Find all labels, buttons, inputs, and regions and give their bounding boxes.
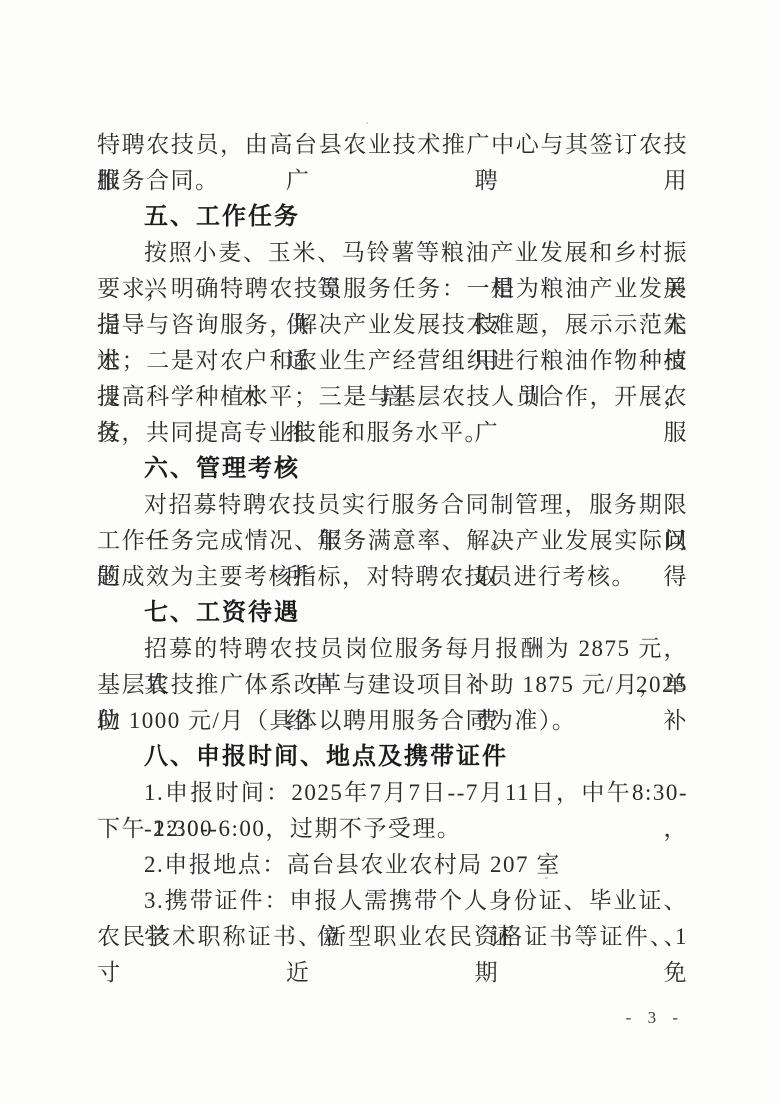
doc-line: 对招募特聘农技员实行服务合同制管理，服务期限一年。以 — [97, 487, 688, 523]
doc-line: 要求，明确特聘农技员服务任务：一是为粮油产业发展提供技术 — [97, 271, 688, 307]
doc-line: 基层农技推广体系改革与建设项目补助 1875 元/月，单位经费补 — [97, 667, 688, 703]
doc-line: 招募的特聘农技员岗位服务每月报酬为 2875 元，其中：2025 — [97, 631, 688, 667]
section-heading-6: 六、管理考核 — [97, 451, 688, 487]
doc-line: 的成效为主要考核指标，对特聘农技员进行考核。 — [97, 559, 688, 595]
doc-line: 按照小麦、玉米、马铃薯等粮油产业发展和乡村振兴等相关 — [97, 235, 688, 271]
doc-line: 1.申报时间：2025年7月7日--7月11日，中午8:30--12:00， — [97, 775, 688, 811]
section-heading-7: 七、工资待遇 — [97, 595, 688, 631]
doc-line: 2.申报地点：高台县农业农村局 207 室 — [97, 847, 688, 883]
doc-line: 工作任务完成情况、服务满意率、解决产业发展实际问题所取得 — [97, 523, 688, 559]
doc-line: 术；二是对农户和农业生产经营组织进行粮油作物种植技术培训， — [97, 343, 688, 379]
doc-line: 指导与咨询服务，解决产业发展技术难题，展示示范先进适用技 — [97, 307, 688, 343]
page-number: - 3 - — [626, 1008, 684, 1028]
document-body: 特聘农技员，由高台县农业技术推广中心与其签订农技推广聘用 服务合同。 五、工作任… — [97, 127, 688, 955]
document-page: 特聘农技员，由高台县农业技术推广中心与其签订农技推广聘用 服务合同。 五、工作任… — [0, 0, 780, 1103]
doc-line: 特聘农技员，由高台县农业技术推广中心与其签订农技推广聘用 — [97, 127, 688, 163]
doc-line: 3.携带证件：申报人需携带个人身份证、毕业证、学位证、 — [97, 883, 688, 919]
section-heading-5: 五、工作任务 — [97, 199, 688, 235]
section-heading-8: 八、申报时间、地点及携带证件 — [97, 739, 688, 775]
doc-line: 农民技术职称证书、新型职业农民资格证书等证件、1 寸近期免 — [97, 919, 688, 955]
scan-speck — [302, 425, 305, 427]
scan-speck — [545, 877, 548, 879]
doc-line: 提高科学种植水平；三是与基层农技人员合作，开展农技推广服 — [97, 379, 688, 415]
scan-speck — [366, 122, 368, 124]
